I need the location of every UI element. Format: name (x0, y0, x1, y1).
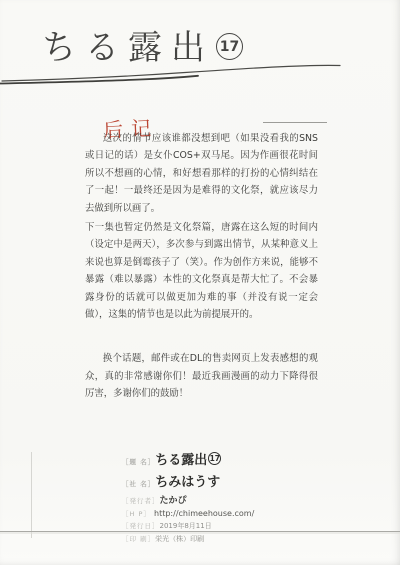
handdrawn-underline (0, 60, 345, 86)
colophon-row-title: 題 名 ちる露出17 (122, 449, 362, 468)
page-bottom-edge (0, 531, 400, 532)
afterword-paragraph-1: 这次的情节应该谁都没想到吧（如果没看我的SNS或日记的话）是女仆COS+双马尾。… (85, 130, 318, 217)
afterword-page: ちる露出 17 后记 这次的情节应该谁都没想到吧（如果没看我的SNS或日记的话）… (0, 0, 400, 565)
colophon-row-circle-name: 社 名 ちみはうす (122, 471, 362, 490)
colophon-value-homepage: http://chimeehouse.com/ (154, 509, 254, 518)
colophon: 題 名 ちる露出17 社 名 ちみはうす 発行者 たかぴ H P http://… (122, 449, 362, 547)
colophon-label-printer: 印 刷 (122, 534, 155, 543)
colophon-value-printer: 栄光（株）印刷 (155, 534, 204, 544)
afterword-paragraph-2: 下一集也暂定仍然是文化祭篇，唐露在这么短的时间内（设定中是两天），多次参与到露出… (85, 219, 318, 323)
colophon-label-publish-date: 発行日 (122, 521, 160, 530)
afterword-body: 这次的情节应该谁都没想到吧（如果没看我的SNS或日记的话）是女仆COS+双马尾。… (85, 130, 318, 403)
colophon-value-publish-date: 2019年8月11日 (160, 521, 212, 531)
afterword-paragraph-3: 换个话题，邮件或在DL的售卖网页上发表感想的观众，真的非常感谢你们！最近我画漫画… (85, 350, 318, 402)
colophon-label-circle: 社 名 (122, 479, 155, 488)
colophon-value-circle: ちみはうす (155, 471, 220, 490)
colophon-row-publish-date: 発行日 2019年8月11日 (122, 521, 362, 531)
colophon-row-homepage: H P http://chimeehouse.com/ (122, 509, 362, 518)
issue-number-badge: 17 (216, 33, 243, 60)
colophon-row-author: 発行者 たかぴ (122, 493, 362, 506)
colophon-row-printer: 印 刷 栄光（株）印刷 (122, 534, 362, 544)
page-fold-line (31, 452, 32, 538)
colophon-label-homepage: H P (122, 509, 154, 518)
colophon-label-author: 発行者 (122, 496, 160, 505)
colophon-value-author: たかぴ (160, 493, 187, 506)
colophon-label-title: 題 名 (122, 457, 155, 466)
heading-rule-line (263, 122, 327, 123)
colophon-issue-badge: 17 (208, 452, 221, 465)
colophon-title-text: ちる露出 (155, 449, 207, 468)
colophon-value-title: ちる露出17 (155, 449, 221, 468)
